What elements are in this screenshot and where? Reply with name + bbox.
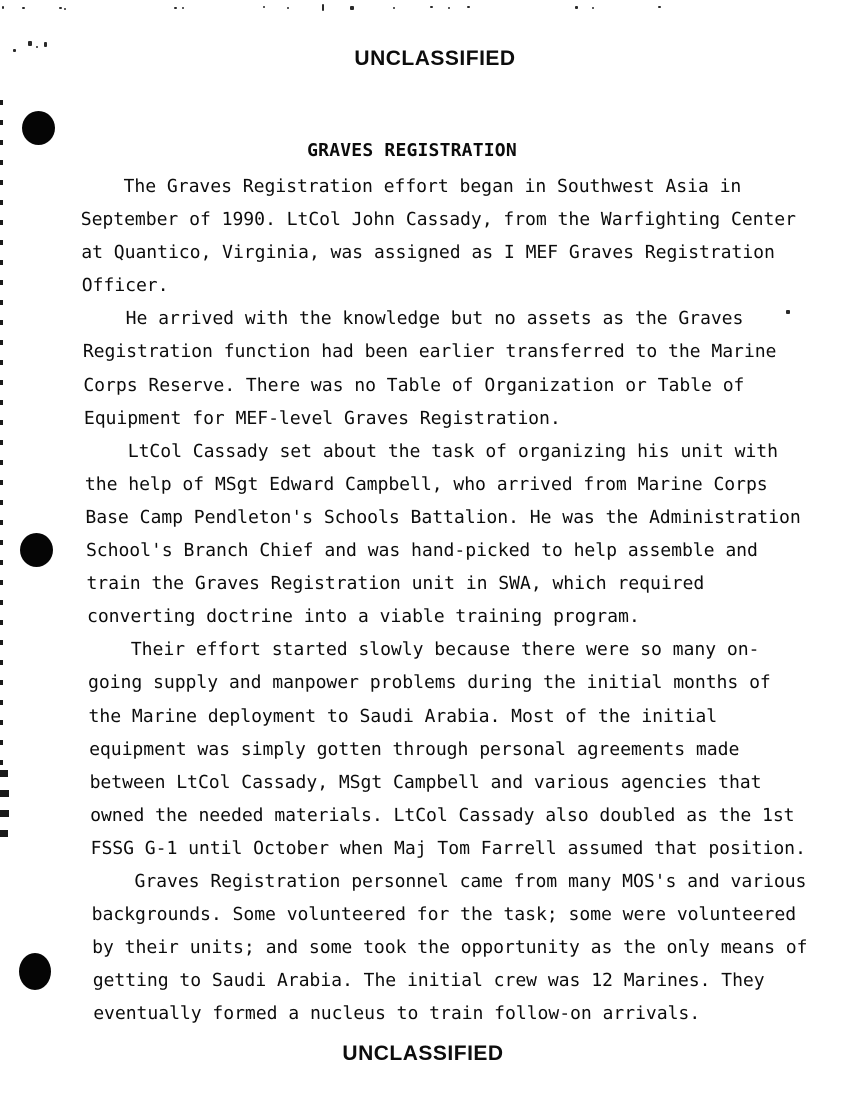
scan-speck xyxy=(174,7,177,9)
body-line: going supply and manpower problems durin… xyxy=(88,666,804,699)
edge-tick-mark xyxy=(0,520,3,525)
body-line: He arrived with the knowledge but no ass… xyxy=(82,302,798,335)
scan-speck xyxy=(393,7,395,9)
body-line: backgrounds. Some volunteered for the ta… xyxy=(91,898,807,931)
classification-footer: UNCLASSIFIED xyxy=(342,1042,503,1066)
scan-speck xyxy=(44,42,47,47)
scanned-document-page: UNCLASSIFIED GRAVES REGISTRATION The Gra… xyxy=(0,0,850,1103)
body-line: the Marine deployment to Saudi Arabia. M… xyxy=(88,700,804,733)
edge-tick-mark xyxy=(0,620,3,625)
scan-speck xyxy=(36,46,38,48)
hole-punch-mark xyxy=(22,111,55,145)
scan-speck xyxy=(287,7,289,9)
edge-tick-mark xyxy=(0,460,3,465)
edge-tick-mark xyxy=(0,360,3,365)
body-line: FSSG G-1 until October when Maj Tom Farr… xyxy=(90,832,806,865)
body-line: LtCol Cassady set about the task of orga… xyxy=(84,435,800,468)
document-title: GRAVES REGISTRATION xyxy=(307,140,517,161)
body-line: converting doctrine into a viable traini… xyxy=(87,600,803,633)
scan-speck xyxy=(448,7,450,9)
scan-speck xyxy=(592,7,594,9)
body-line: eventually formed a nucleus to train fol… xyxy=(93,997,809,1030)
edge-tick-mark xyxy=(0,560,3,565)
body-line: equipment was simply gotten through pers… xyxy=(89,733,805,766)
body-line: Their effort started slowly because ther… xyxy=(87,633,803,666)
body-line: Corps Reserve. There was no Table of Org… xyxy=(83,369,799,402)
scan-speck xyxy=(575,6,578,9)
body-line: Equipment for MEF-level Graves Registrat… xyxy=(84,402,800,435)
edge-tick-mark xyxy=(0,240,3,245)
edge-tick-mark xyxy=(0,340,3,345)
hole-punch-mark xyxy=(19,953,51,990)
body-line: by their units; and some took the opport… xyxy=(92,931,808,964)
edge-tick-mark xyxy=(0,790,9,797)
edge-tick-mark xyxy=(0,400,3,405)
classification-header: UNCLASSIFIED xyxy=(354,47,515,71)
edge-tick-mark xyxy=(0,440,3,445)
edge-tick-mark xyxy=(0,180,3,185)
edge-tick-mark xyxy=(0,120,3,125)
edge-tick-mark xyxy=(0,200,3,205)
edge-tick-mark xyxy=(0,830,8,837)
scan-speck xyxy=(658,6,661,8)
body-line: train the Graves Registration unit in SW… xyxy=(86,567,802,600)
edge-tick-mark xyxy=(0,420,3,425)
scan-speck xyxy=(263,6,265,8)
edge-tick-mark xyxy=(0,580,3,585)
body-line: between LtCol Cassady, MSgt Campbell and… xyxy=(89,766,805,799)
edge-tick-mark xyxy=(0,260,3,265)
body-line: owned the needed materials. LtCol Cassad… xyxy=(90,799,806,832)
edge-tick-mark xyxy=(0,540,3,545)
body-line: getting to Saudi Arabia. The initial cre… xyxy=(92,964,808,997)
edge-tick-mark xyxy=(0,600,3,605)
edge-tick-mark xyxy=(0,480,3,485)
scan-speck xyxy=(322,4,324,11)
edge-tick-mark xyxy=(0,700,3,705)
edge-tick-mark xyxy=(0,500,3,505)
edge-tick-mark xyxy=(0,320,3,325)
scan-speck xyxy=(64,8,66,10)
body-line: Graves Registration personnel came from … xyxy=(91,865,807,898)
body-line: the help of MSgt Edward Campbell, who ar… xyxy=(85,468,801,501)
edge-tick-mark xyxy=(0,740,3,745)
edge-tick-mark xyxy=(0,720,3,725)
scan-speck xyxy=(59,7,62,9)
edge-tick-mark xyxy=(0,810,9,817)
scan-speck xyxy=(182,7,184,9)
scan-speck xyxy=(2,6,4,9)
edge-tick-mark xyxy=(0,140,3,145)
edge-tick-mark xyxy=(0,160,3,165)
body-line: Officer. xyxy=(82,269,798,302)
edge-tick-mark xyxy=(0,680,3,685)
body-line: at Quantico, Virginia, was assigned as I… xyxy=(81,236,797,269)
edge-tick-mark xyxy=(0,220,3,225)
scan-speck xyxy=(28,41,32,46)
edge-tick-mark xyxy=(0,770,8,777)
body-line: School's Branch Chief and was hand-picke… xyxy=(86,534,802,567)
body-line: September of 1990. LtCol John Cassady, f… xyxy=(81,203,797,236)
document-body: The Graves Registration effort began in … xyxy=(80,170,809,1030)
scan-speck xyxy=(13,49,16,52)
edge-tick-mark xyxy=(0,380,3,385)
edge-tick-mark xyxy=(0,280,3,285)
scan-speck xyxy=(786,310,790,314)
body-line: Registration function had been earlier t… xyxy=(83,335,799,368)
scan-speck xyxy=(350,6,354,10)
scan-speck xyxy=(467,6,470,8)
scan-speck xyxy=(22,7,25,9)
body-line: The Graves Registration effort began in … xyxy=(80,170,796,203)
scan-speck xyxy=(430,6,433,8)
hole-punch-mark xyxy=(20,533,53,567)
body-line: Base Camp Pendleton's Schools Battalion.… xyxy=(85,501,801,534)
edge-tick-mark xyxy=(0,760,3,765)
edge-tick-mark xyxy=(0,660,3,665)
edge-tick-mark xyxy=(0,300,3,305)
edge-tick-mark xyxy=(0,640,3,645)
edge-tick-mark xyxy=(0,100,3,105)
